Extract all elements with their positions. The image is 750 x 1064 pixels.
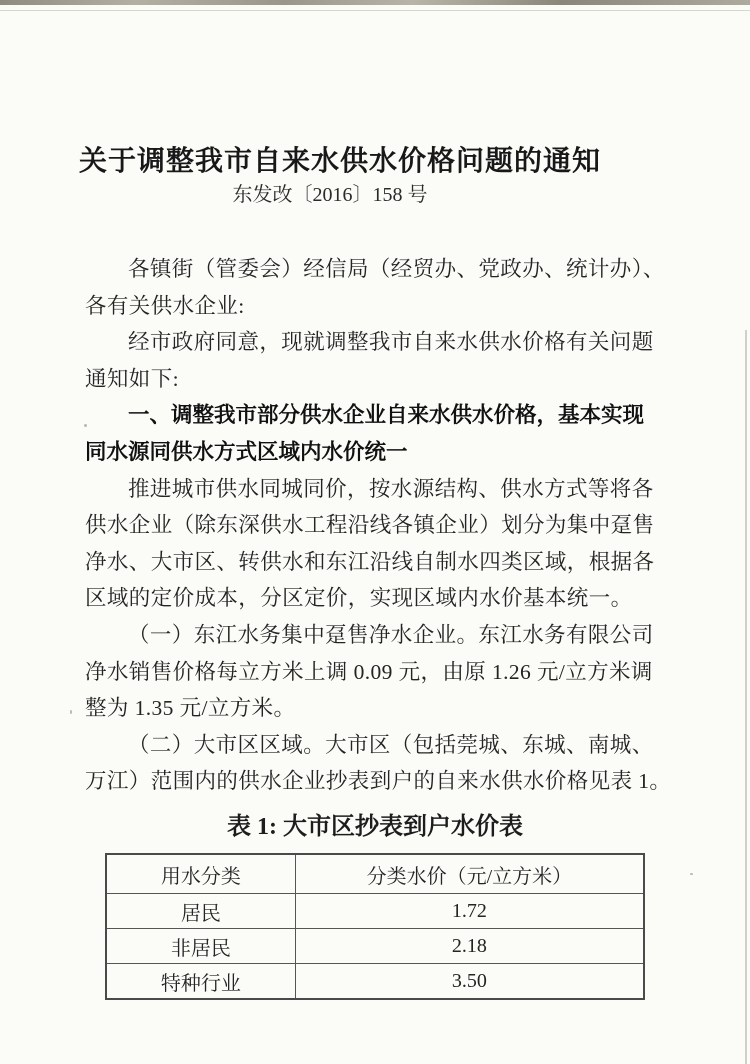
body-text-line: 各有关供水企业:: [85, 288, 677, 325]
scanner-line-top: [0, 10, 750, 11]
scan-speck: [70, 710, 72, 714]
body-text-line: 万江）范围内的供水企业抄表到户的自来水供水价格见表 1。: [85, 763, 677, 800]
body-text-line: 净水、大市区、转供水和东江沿线自制水四类区域，根据各: [85, 544, 677, 581]
document-number: 东发改〔2016〕158 号: [0, 178, 660, 207]
water-price-table: 用水分类 分类水价（元/立方米） 居民 1.72 非居民 2.18 特种行业 3…: [105, 853, 645, 1000]
scanner-edge-artifact-top: [0, 0, 750, 5]
body-text-line: 推进城市供水同城同价，按水源结构、供水方式等将各: [85, 471, 677, 508]
body-text-line: 供水企业（除东深供水工程沿线各镇企业）划分为集中趸售: [85, 507, 677, 544]
scanned-document-page: 关于调整我市自来水供水价格问题的通知 东发改〔2016〕158 号 各镇街（管委…: [0, 0, 750, 1064]
body-text-line: （二）大市区区域。大市区（包括莞城、东城、南城、: [85, 727, 677, 764]
scanner-line-right: [745, 330, 747, 1064]
table-cell: 居民: [106, 894, 295, 929]
section-heading-line: 同水源同供水方式区域内水价统一: [85, 434, 677, 471]
table-cell: 1.72: [295, 894, 644, 929]
body-text-line: 净水销售价格每立方米上调 0.09 元，由原 1.26 元/立方米调: [85, 654, 677, 691]
table-row: 居民 1.72: [106, 894, 644, 929]
scan-speck: [690, 873, 693, 875]
table-cell: 2.18: [295, 929, 644, 964]
section-heading-line: 一、调整我市部分供水企业自来水供水价格，基本实现: [85, 397, 677, 434]
table-cell: 特种行业: [106, 964, 295, 1000]
table-header-row: 用水分类 分类水价（元/立方米）: [106, 854, 644, 894]
body-text-line: （一）东江水务集中趸售净水企业。东江水务有限公司: [85, 617, 677, 654]
body-text-line: 整为 1.35 元/立方米。: [85, 690, 677, 727]
table-header-cell: 分类水价（元/立方米）: [295, 854, 644, 894]
table-row: 特种行业 3.50: [106, 964, 644, 1000]
document-body: 各镇街（管委会）经信局（经贸办、党政办、统计办）、 各有关供水企业: 经市政府同…: [85, 251, 677, 800]
table-caption: 表 1: 大市区抄表到户水价表: [0, 806, 750, 841]
table-cell: 3.50: [295, 964, 644, 1000]
document-title: 关于调整我市自来水供水价格问题的通知: [0, 139, 680, 179]
body-text-line: 通知如下:: [85, 361, 677, 398]
body-text-line: 各镇街（管委会）经信局（经贸办、党政办、统计办）、: [85, 251, 677, 288]
table-header-cell: 用水分类: [106, 854, 295, 894]
body-text-line: 经市政府同意，现就调整我市自来水供水价格有关问题: [85, 324, 677, 361]
table-cell: 非居民: [106, 929, 295, 964]
body-text-line: 区域的定价成本，分区定价，实现区域内水价基本统一。: [85, 580, 677, 617]
table-row: 非居民 2.18: [106, 929, 644, 964]
